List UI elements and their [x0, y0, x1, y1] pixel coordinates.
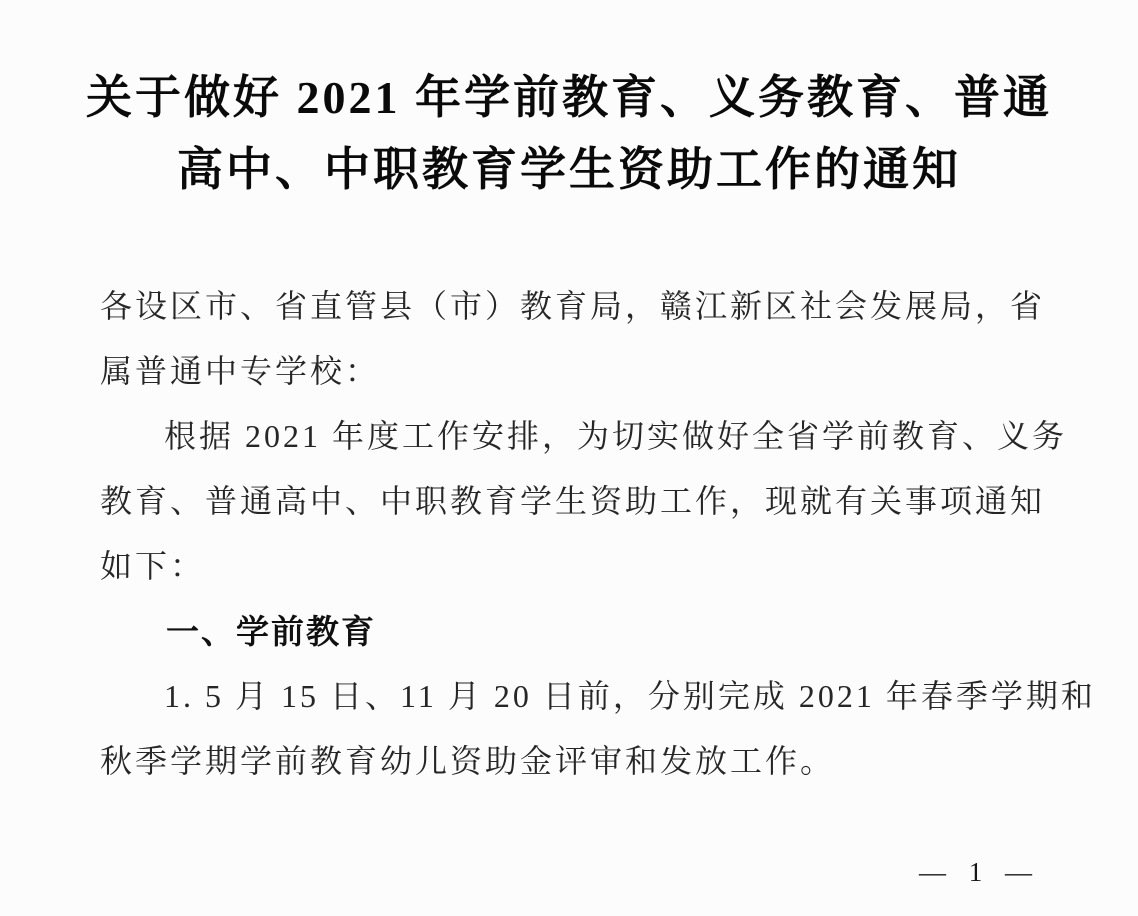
intro-line-3: 如下：: [100, 534, 1042, 599]
document-title-line-1: 关于做好 2021 年学前教育、义务教育、普通: [48, 62, 1090, 134]
section-1-heading: 一、学前教育: [100, 599, 1042, 664]
intro-paragraph: 根据 2021 年度工作安排，为切实做好全省学前教育、义务 教育、普通高中、中职…: [100, 404, 1042, 599]
document-body: 各设区市、省直管县（市）教育局，赣江新区社会发展局，省 属普通中专学校： 根据 …: [100, 274, 1042, 794]
salutation-line-2: 属普通中专学校：: [100, 339, 1042, 404]
section-1: 一、学前教育 1. 5 月 15 日、11 月 20 日前，分别完成 2021 …: [100, 599, 1042, 794]
intro-line-2: 教育、普通高中、中职教育学生资助工作，现就有关事项通知: [100, 469, 1042, 534]
section-1-item-1-line-1: 1. 5 月 15 日、11 月 20 日前，分别完成 2021 年春季学期和: [100, 664, 1042, 729]
document-page: 关于做好 2021 年学前教育、义务教育、普通 高中、中职教育学生资助工作的通知…: [0, 0, 1138, 916]
document-title-line-2: 高中、中职教育学生资助工作的通知: [48, 134, 1090, 206]
section-1-item-1-line-2: 秋季学期学前教育幼儿资助金评审和发放工作。: [100, 729, 1042, 794]
salutation-paragraph: 各设区市、省直管县（市）教育局，赣江新区社会发展局，省 属普通中专学校：: [100, 274, 1042, 404]
document-title: 关于做好 2021 年学前教育、义务教育、普通 高中、中职教育学生资助工作的通知: [48, 62, 1090, 206]
salutation-line-1: 各设区市、省直管县（市）教育局，赣江新区社会发展局，省: [100, 274, 1042, 339]
intro-line-1: 根据 2021 年度工作安排，为切实做好全省学前教育、义务: [100, 404, 1042, 469]
page-number: — 1 —: [919, 857, 1040, 888]
